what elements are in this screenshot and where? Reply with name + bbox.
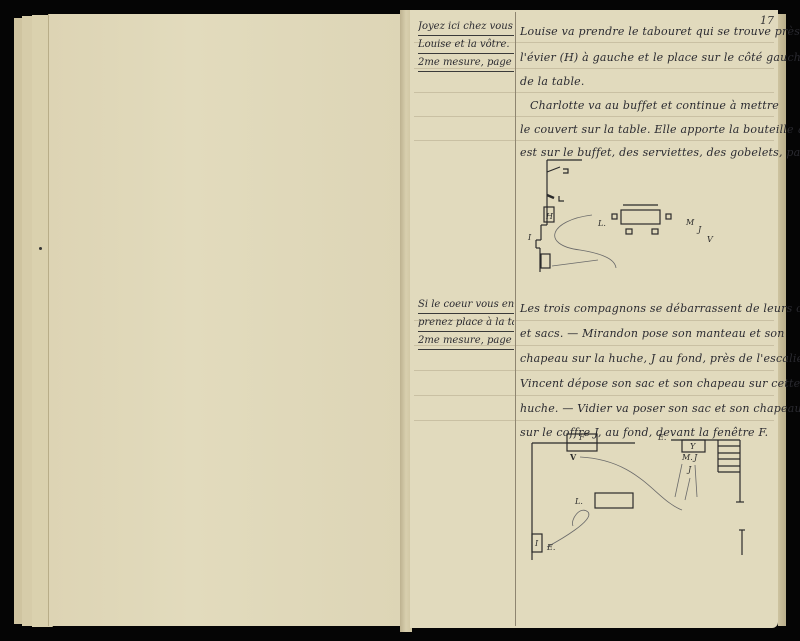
text-line: Vincent dépose son sac et son chapeau su… (520, 377, 800, 390)
left-page-dot (39, 247, 42, 250)
svg-text:V: V (707, 235, 714, 244)
svg-text:I: I (534, 539, 539, 548)
svg-text:E.: E. (546, 543, 555, 552)
margin-note-line: Joyez ici chez vous ma (418, 18, 514, 36)
margin-note-line: Louise et la vôtre. (418, 36, 514, 54)
svg-text:L.: L. (574, 497, 583, 506)
svg-text:M: M (685, 218, 695, 227)
text-line: l'évier (H) à gauche et le place sur le … (520, 51, 800, 64)
margin-note-2: Si le coeur vous en dit, prenez place à … (418, 296, 514, 350)
rule-line (414, 140, 774, 141)
rule-line (414, 116, 774, 117)
text-line: de la table. (520, 75, 585, 88)
svg-text:J: J (692, 453, 698, 462)
svg-text:J: J (686, 465, 692, 474)
margin-note-line: prenez place à la table (418, 314, 514, 332)
rule-line (414, 370, 774, 371)
rule-line (414, 395, 774, 396)
svg-text:E.: E. (657, 433, 666, 442)
text-line: chapeau sur la huche, J au fond, près de… (520, 352, 800, 365)
text-line: et sacs. — Mirandon pose son manteau et … (520, 327, 785, 340)
svg-text:H: H (545, 212, 554, 221)
svg-text:V: V (569, 452, 577, 462)
margin-note-1: Joyez ici chez vous ma Louise et la vôtr… (418, 18, 514, 72)
svg-text:M.: M. (681, 453, 693, 462)
text-line: Les trois compagnons se débarrassent de … (520, 302, 800, 315)
right-page-edge (778, 14, 786, 626)
text-line: Charlotte va au buffet et continue à met… (530, 99, 779, 112)
stage-plan-1-diagram: H I L. M J V (510, 150, 760, 280)
svg-text:I: I (527, 233, 532, 242)
rule-line (414, 92, 774, 93)
stage-plan-2-diagram: F V E. Y M. J J L. I E. (510, 420, 770, 570)
svg-text:L.: L. (597, 219, 606, 228)
svg-text:Y: Y (690, 442, 696, 451)
text-line: huche. — Vidier va poser son sac et son … (520, 402, 800, 415)
text-line: le couvert sur la table. Elle apporte la… (520, 123, 800, 136)
left-page-blank (48, 14, 405, 626)
text-line: Louise va prendre le tabouret qui se tro… (520, 25, 800, 38)
margin-note-line: 2me mesure, page 82 (418, 332, 514, 350)
margin-note-line: 2me mesure, page 82 (418, 54, 514, 72)
svg-text:J: J (696, 225, 702, 234)
svg-text:F: F (578, 433, 585, 442)
margin-note-line: Si le coeur vous en dit, (418, 296, 514, 314)
